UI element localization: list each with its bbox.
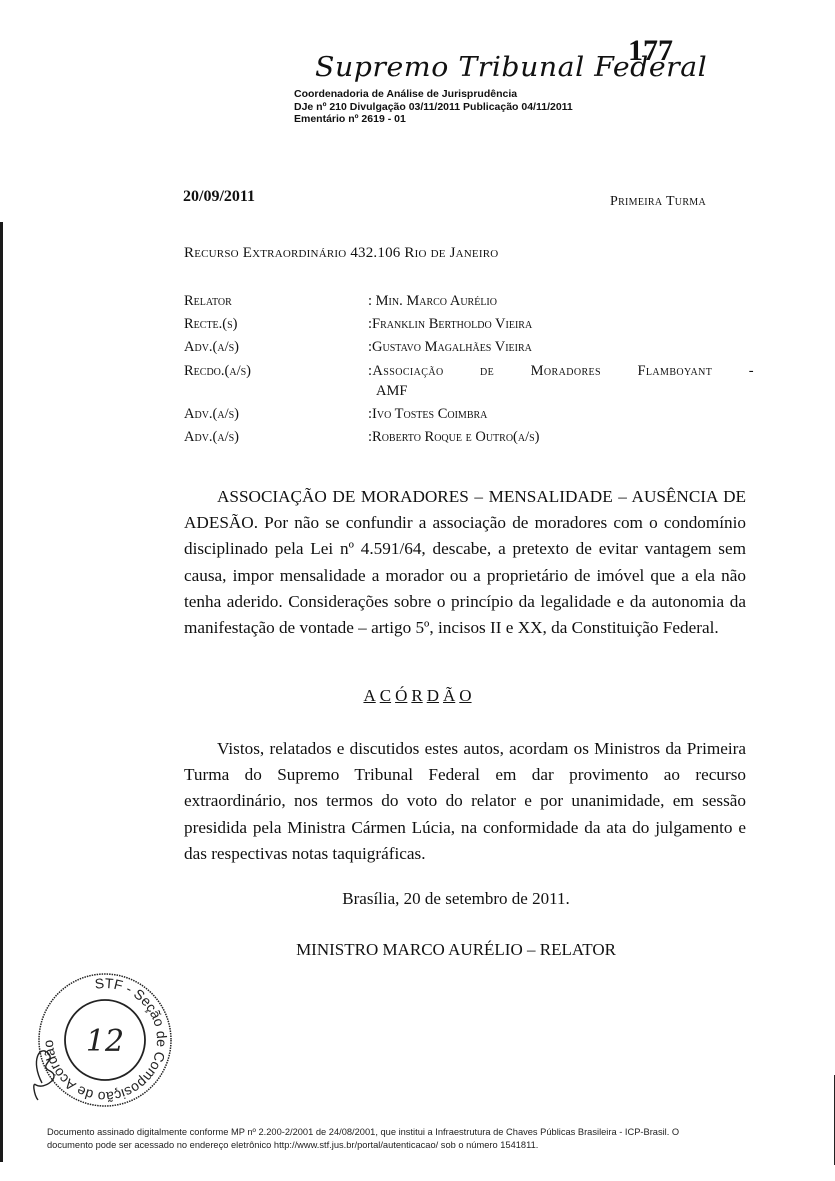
session-date: 20/09/2011 — [183, 188, 255, 206]
party-role: Adv.(a/s) — [184, 336, 368, 359]
acordao-letter: O — [459, 686, 471, 705]
party-role: Adv.(a/s) — [184, 426, 368, 449]
footer-line: Documento assinado digitalmente conforme… — [47, 1126, 835, 1139]
party-row: Recdo.(a/s) :Associação de Moradores Fla… — [184, 360, 754, 383]
acordao-text: Vistos, relatados e discutidos estes aut… — [184, 739, 746, 863]
rapporteur-signature: MINISTRO MARCO AURÉLIO – RELATOR — [0, 940, 835, 960]
acordao-title-text: ACÓRDÃO — [361, 686, 473, 705]
panel-name: Primeira Turma — [610, 194, 706, 210]
dje-line: DJe nº 210 Divulgação 03/11/2011 Publica… — [294, 101, 573, 114]
party-value-continuation: AMF — [184, 380, 754, 403]
party-row: Relator : Min. Marco Aurélio — [184, 290, 754, 313]
party-row: Adv.(a/s) :Roberto Roque e Outro(a/s) — [184, 426, 754, 449]
acordao-heading: ACÓRDÃO — [0, 686, 835, 706]
parties-list: Relator : Min. Marco Aurélio Recte.(s) :… — [184, 290, 754, 449]
party-role: Adv.(a/s) — [184, 403, 368, 426]
acordao-letter: Ã — [443, 686, 455, 705]
page-number: 177 — [628, 34, 673, 68]
case-title: Recurso Extraordinário 432.106 Rio de Ja… — [184, 245, 498, 262]
ementario-line: Ementário nº 2619 - 01 — [294, 113, 573, 126]
footer-line: documento pode ser acessado no endereço … — [47, 1139, 835, 1152]
publication-header: Coordenadoria de Análise de Jurisprudênc… — [294, 88, 573, 126]
coordination-line: Coordenadoria de Análise de Jurisprudênc… — [294, 88, 573, 101]
party-role: Recdo.(a/s) — [184, 360, 368, 383]
acordao-paragraph: Vistos, relatados e discutidos estes aut… — [184, 736, 746, 867]
digital-signature-footer: Documento assinado digitalmente conforme… — [47, 1126, 835, 1151]
stamp-seal-icon: STF - Seção de Composição de Acórdãos 12 — [30, 965, 180, 1115]
place-and-date: Brasília, 20 de setembro de 2011. — [0, 889, 835, 909]
party-role: Relator — [184, 290, 368, 313]
svg-text:12: 12 — [86, 1024, 124, 1059]
acordao-letter: C — [380, 686, 391, 705]
party-row: Recte.(s) :Franklin Bertholdo Vieira — [184, 313, 754, 336]
acordao-letter: R — [411, 686, 422, 705]
ementa-text: ASSOCIAÇÃO DE MORADORES – MENSALIDADE – … — [184, 487, 746, 637]
party-row: Adv.(a/s) :Ivo Tostes Coimbra — [184, 403, 754, 426]
party-value: :Franklin Bertholdo Vieira — [368, 313, 754, 336]
acordao-letter: A — [363, 686, 375, 705]
acordao-letter: Ó — [395, 686, 407, 705]
party-role: Recte.(s) — [184, 313, 368, 336]
party-value: : Min. Marco Aurélio — [368, 290, 754, 313]
acordao-letter: D — [427, 686, 439, 705]
party-value: :Associação de Moradores Flamboyant - — [368, 360, 754, 383]
party-value: :Gustavo Magalhães Vieira — [368, 336, 754, 359]
party-value: :Roberto Roque e Outro(a/s) — [368, 426, 754, 449]
party-value: :Ivo Tostes Coimbra — [368, 403, 754, 426]
ementa-paragraph: ASSOCIAÇÃO DE MORADORES – MENSALIDADE – … — [184, 484, 746, 641]
party-row: Adv.(a/s) :Gustavo Magalhães Vieira — [184, 336, 754, 359]
